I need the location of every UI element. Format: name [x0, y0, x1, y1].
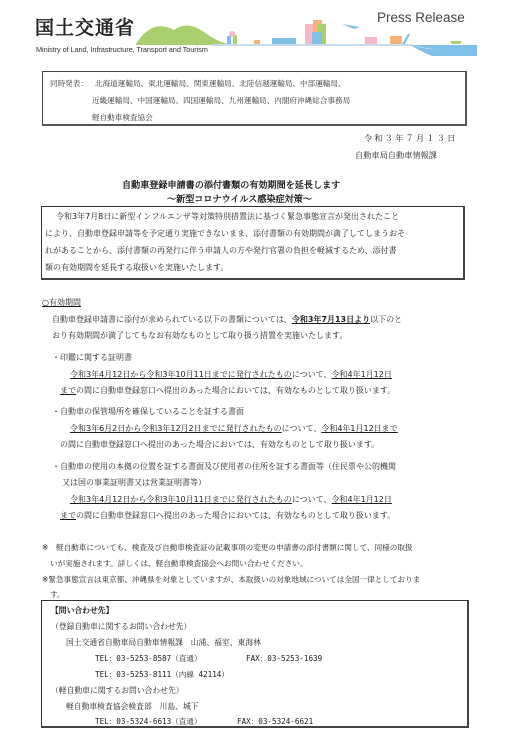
validity-intro-text: 以下のと [370, 315, 402, 324]
document-item-period: 令和3年4月12日から令和3年10月11日までに発行されたものについて、令和4年… [70, 494, 392, 505]
document-subtitle: ～新型コロナウイルス感染症対策～ [167, 192, 312, 205]
simultaneous-release-label: 同時発表： [50, 76, 88, 93]
validity-heading: ○有効期間 [42, 297, 81, 308]
note-line: す。 [50, 589, 65, 600]
deadline-suffix: まで [60, 386, 76, 395]
contact-registered-heading: （登録自動車に関するお問い合わせ先） [51, 621, 191, 632]
issue-period: 令和3年4月12日から令和3年10月11日までに発行されたもの [70, 495, 292, 504]
document-item-period: 令和3年4月12日から令和3年10月11日までに発行されたものについて、令和4年… [70, 369, 392, 380]
contact-light-heading: （軽自動車に関するお問い合わせ先） [51, 685, 184, 696]
document-item-rest: までの間に自動車登録窓口へ提出のあった場合においては、有効なものとして取り扱いま… [60, 385, 395, 396]
deadline: 令和4年1月12日まで [321, 424, 397, 433]
summary-line: により、自動車登録申請等を予定通り実施できないまま、添付書類の有効期間が満了して… [45, 228, 405, 239]
document-title: 自動車登録申請書の添付書類の有効期間を延長します [122, 178, 340, 191]
validity-intro: 自動車登録申請書に添付が求められている以下の書類については、令和3年7月13日よ… [52, 314, 402, 325]
connector-text: について、 [292, 370, 332, 379]
ministry-logo-jp: 国土交通省 [35, 17, 135, 39]
document-item-title-cont: 又は国の事業証明書又は営業証明書等） [62, 477, 206, 488]
document-item-rest: の間に自動車登録窓口へ提出のあった場合においては、有効なものとして取り扱います。 [60, 439, 379, 450]
note-line: ※緊急事態宣言は東京都、沖縄県を対象としていますが、本取扱いの対象地域については… [42, 574, 420, 585]
validity-intro-text: 自動車登録申請書に添付が求められている以下の書類については、 [52, 315, 292, 324]
connector-text: について、 [282, 424, 322, 433]
document-item-title: ・印鑑に関する証明書 [52, 352, 132, 363]
issuing-department: 自動車局自動車情報課 [355, 150, 437, 161]
release-date: 令和３年７月１３日 [364, 133, 458, 144]
deadline: 令和4年1月12日 [332, 370, 392, 379]
simultaneous-release-line: 近畿運輸局、中国運輸局、四国運輸局、九州運輸局、内閣府沖縄総合事務局 [92, 93, 350, 110]
note-line: いが実施されます。詳しくは、軽自動車検査協会へお問い合わせください。 [50, 558, 308, 569]
document-item-rest: までの間に自動車登録窓口へ提出のあった場合においては、有効なものとして取り扱いま… [60, 510, 395, 521]
document-item-title: ・自動車の保管場所を確保していることを証する書面 [52, 406, 244, 417]
contact-registered-tel: TEL：03-5253-8587（直通） [95, 653, 202, 664]
summary-line: 類の有効期間を延長する取扱いを実施いたします。 [45, 262, 228, 273]
simultaneous-release-line: 軽自動車検査協会 [92, 110, 153, 127]
document-item-period: 令和3年6月2日から令和3年12月2日までに発行されたものについて、令和4年1月… [70, 423, 398, 434]
issue-period: 令和3年6月2日から令和3年12月2日までに発行されたもの [70, 424, 282, 433]
item-rest-text: の間に自動車登録窓口へ提出のあった場合においては、有効なものとして取り扱います。 [76, 511, 395, 520]
connector-text: について、 [292, 495, 332, 504]
contact-light-fax: FAX：03-5324-6621 [237, 716, 313, 727]
contact-light-org: 軽自動車検査協会検査部 川島、城下 [66, 701, 199, 712]
deadline-suffix: まで [60, 511, 76, 520]
contact-registered-org: 国土交通省自動車局自動車情報課 山浦、福室、東海林 [66, 637, 261, 648]
document-item-title: ・自動車の使用の本拠の位置を証する書面及び使用者の住所を証する書面等（住民票や公… [52, 461, 396, 472]
summary-line: 令和3年7月8日に新型インフルエンザ等対策特別措置法に基づく緊急事態宣言が発出さ… [56, 211, 399, 222]
contact-light-tel: TEL：03-5324-6613（直通） [95, 716, 202, 727]
deadline: 令和4年1月12日 [332, 495, 392, 504]
contact-registered-tel-ext: TEL：03-5253-8111（内線 42114） [95, 669, 229, 680]
issue-period: 令和3年4月12日から令和3年10月11日までに発行されたもの [70, 370, 292, 379]
contact-heading: 【問い合わせ先】 [51, 605, 113, 616]
summary-line: れがあることから、添付書類の再発行に伴う申請人の方や発行官署の負担を軽減するため… [45, 245, 397, 256]
validity-intro-line2: おり有効期間が満了してもなお有効なものとして取り扱う措置を実施いたします。 [52, 330, 347, 341]
effective-date: 令和3年7月13日より [292, 315, 370, 324]
contact-registered-fax: FAX：03-5253-1639 [246, 653, 322, 664]
note-line: ※ 軽自動車についても、検査及び自動車検査証の記載事項の変更の申請書の添付書類に… [42, 542, 413, 553]
simultaneous-release-line: 北海道運輸局、東北運輸局、関東運輸局、北陸信越運輸局、中部運輸局、 [95, 76, 346, 93]
city-landscape-illustration [132, 12, 477, 56]
item-rest-text: の間に自動車登録窓口へ提出のあった場合においては、有効なものとして取り扱います。 [76, 386, 395, 395]
